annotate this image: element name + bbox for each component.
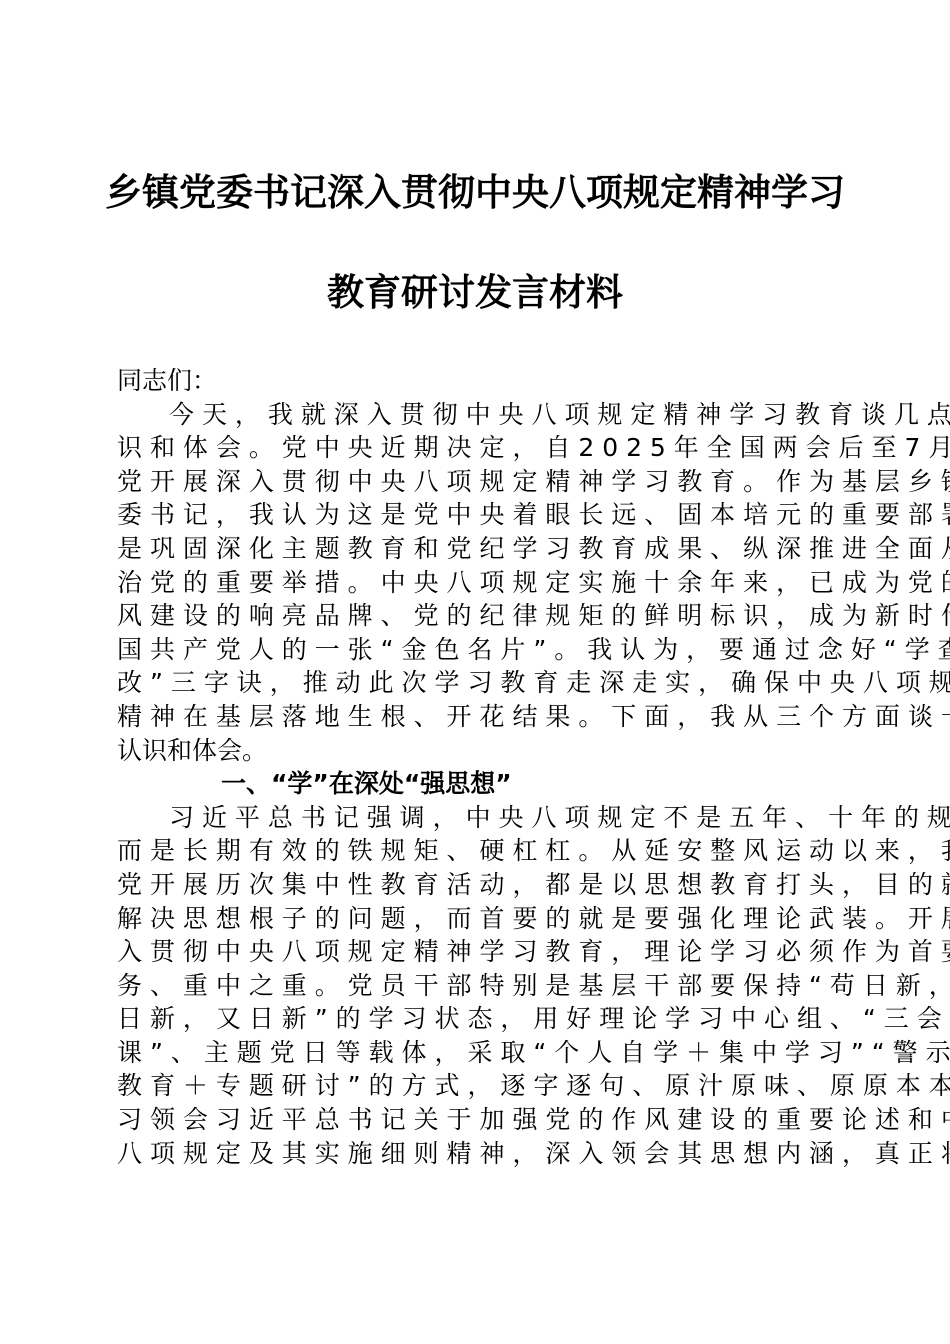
- paragraph-line: 党 开 展 深 入 贯 彻 中 央 八 项 规 定 精 神 学 习 教 育 。 …: [117, 465, 822, 499]
- paragraph-line: 日 新 ， 又 日 新 ” 的 学 习 状 态 ， 用 好 理 论 学 习 中 …: [117, 1002, 822, 1036]
- paragraph-line: 八 项 规 定 及 其 实 施 细 则 精 神 ， 深 入 领 会 其 思 想 …: [117, 1137, 822, 1171]
- salutation: 同志们：: [117, 364, 822, 398]
- document-title-line-2: 教育研讨发言材料: [100, 270, 850, 314]
- section-1-paragraph: 习 近 平 总 书 记 强 调 ， 中 央 八 项 规 定 不 是 五 年 、 …: [117, 801, 822, 1171]
- paragraph-line: 务 、 重 中 之 重 。 党 员 干 部 特 别 是 基 层 干 部 要 保 …: [117, 969, 822, 1003]
- paragraph-line: 今 天 ， 我 就 深 入 贯 彻 中 央 八 项 规 定 精 神 学 习 教 …: [117, 398, 822, 432]
- paragraph-line: 课 ” 、 主 题 党 日 等 载 体 ， 采 取 “ 个 人 自 学 ＋ 集 …: [117, 1036, 822, 1070]
- paragraph-line: 精 神 在 基 层 落 地 生 根 、 开 花 结 果 。 下 面 ， 我 从 …: [117, 700, 822, 734]
- paragraph-line: 而 是 长 期 有 效 的 铁 规 矩 、 硬 杠 杠 。 从 延 安 整 风 …: [117, 834, 822, 868]
- paragraph-line: 委 书 记 ， 我 认 为 这 是 党 中 央 着 眼 长 远 、 固 本 培 …: [117, 498, 822, 532]
- paragraph-line: 改 ” 三 字 诀 ， 推 动 此 次 学 习 教 育 走 深 走 实 ， 确 …: [117, 666, 822, 700]
- paragraph-line: 入 贯 彻 中 央 八 项 规 定 精 神 学 习 教 育 ， 理 论 学 习 …: [117, 935, 822, 969]
- intro-paragraph: 今 天 ， 我 就 深 入 贯 彻 中 央 八 项 规 定 精 神 学 习 教 …: [117, 398, 822, 768]
- document-body: 同志们： 今 天 ， 我 就 深 入 贯 彻 中 央 八 项 规 定 精 神 学…: [117, 364, 822, 1170]
- section-heading-1: 一、“学”在深处“强思想”: [117, 767, 822, 801]
- paragraph-line: 认识和体会。: [117, 734, 822, 768]
- paragraph-line: 习 近 平 总 书 记 强 调 ， 中 央 八 项 规 定 不 是 五 年 、 …: [117, 801, 822, 835]
- document-page: 乡镇党委书记深入贯彻中央八项规定精神学习 教育研讨发言材料 同志们： 今 天 ，…: [0, 0, 950, 1344]
- paragraph-line: 党 开 展 历 次 集 中 性 教 育 活 动 ， 都 是 以 思 想 教 育 …: [117, 868, 822, 902]
- paragraph-line: 是 巩 固 深 化 主 题 教 育 和 党 纪 学 习 教 育 成 果 、 纵 …: [117, 532, 822, 566]
- paragraph-line: 解 决 思 想 根 子 的 问 题 ， 而 首 要 的 就 是 要 强 化 理 …: [117, 902, 822, 936]
- paragraph-line: 治 党 的 重 要 举 措 。 中 央 八 项 规 定 实 施 十 余 年 来 …: [117, 566, 822, 600]
- paragraph-line: 识 和 体 会 。 党 中 央 近 期 决 定 ， 自 2 0 2 5 年 全 …: [117, 431, 822, 465]
- paragraph-line: 风 建 设 的 响 亮 品 牌 、 党 的 纪 律 规 矩 的 鲜 明 标 识 …: [117, 599, 822, 633]
- paragraph-line: 教 育 ＋ 专 题 研 讨 ” 的 方 式 ， 逐 字 逐 句 、 原 汁 原 …: [117, 1069, 822, 1103]
- paragraph-line: 习 领 会 习 近 平 总 书 记 关 于 加 强 党 的 作 风 建 设 的 …: [117, 1103, 822, 1137]
- paragraph-line: 国 共 产 党 人 的 一 张 “ 金 色 名 片 ” 。 我 认 为 ， 要 …: [117, 633, 822, 667]
- document-title-line-1: 乡镇党委书记深入贯彻中央八项规定精神学习: [100, 170, 850, 214]
